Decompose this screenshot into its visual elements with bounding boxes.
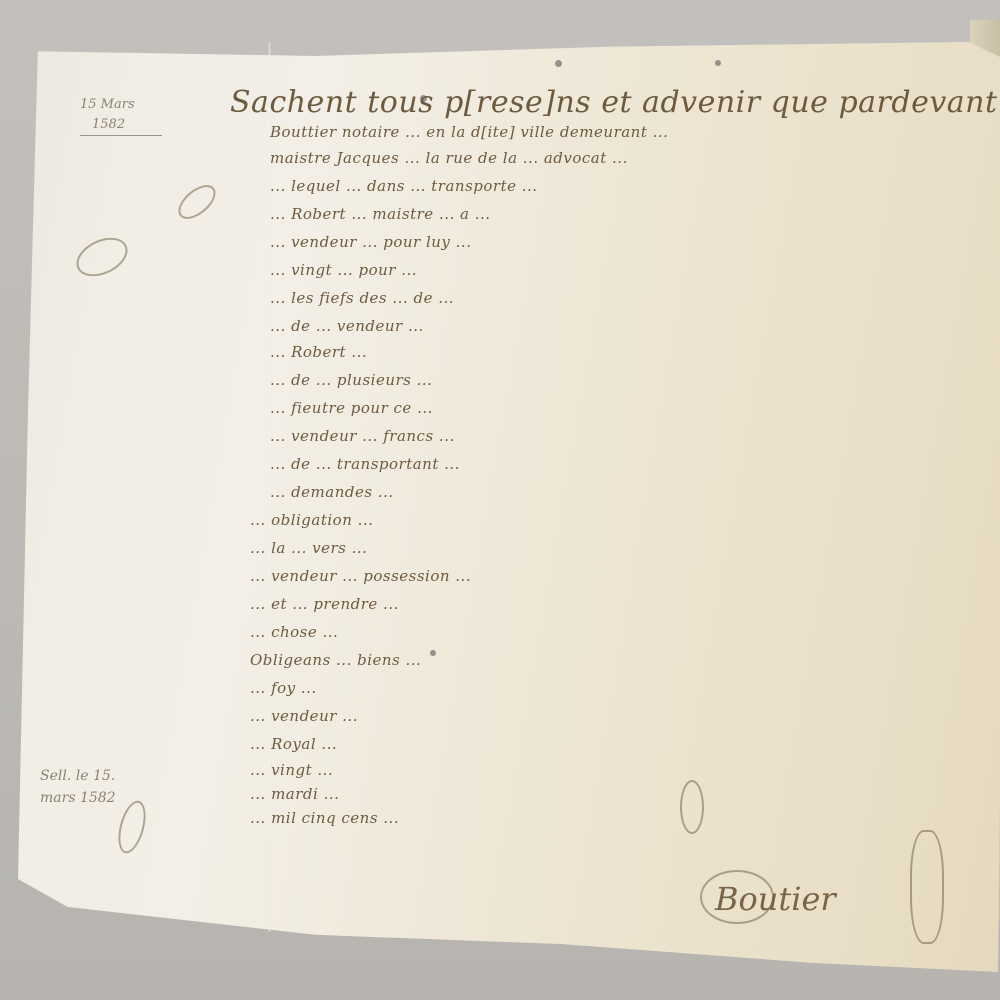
text-line: Sachent tous p[rese]ns et advenir que pa… xyxy=(230,85,1000,120)
text-line: ... vendeur ... pour luy ... xyxy=(270,233,471,251)
text-line: ... lequel ... dans ... transporte ... xyxy=(270,177,538,195)
text-line: ... obligation ... xyxy=(250,511,373,529)
text-line: ... mardi ... xyxy=(250,785,339,803)
text-line: ... la ... vers ... xyxy=(250,539,367,557)
text-line: ... et ... prendre ... xyxy=(250,595,399,613)
text-line: ... vendeur ... xyxy=(250,707,358,725)
text-line: ... demandes ... xyxy=(270,483,394,501)
text-line: Bouttier notaire ... en la d[ite] ville … xyxy=(270,123,668,141)
margin-date-top: 15 Mars 1582 xyxy=(80,95,162,136)
text-line: Obligeans ... biens ... xyxy=(250,651,421,669)
margin-date-line: 15 Mars xyxy=(80,95,162,115)
paraph-mark xyxy=(680,780,704,834)
margin-year-line: 1582 xyxy=(80,115,162,136)
text-line: ... vendeur ... possession ... xyxy=(250,567,471,585)
text-line: ... fieutre pour ce ... xyxy=(270,399,433,417)
manuscript-text: Sachent tous p[rese]ns et advenir que pa… xyxy=(230,85,1000,815)
ink-spot xyxy=(715,60,721,66)
margin-note-line: Sell. le 15. xyxy=(40,765,116,787)
text-line: maistre Jacques ... la rue de la ... adv… xyxy=(270,149,628,167)
text-line: ... chose ... xyxy=(250,623,338,641)
text-line: ... Robert ... xyxy=(270,343,367,361)
ink-spot xyxy=(555,60,562,67)
text-line: ... vendeur ... francs ... xyxy=(270,427,455,445)
text-line: ... de ... transportant ... xyxy=(270,455,460,473)
margin-note-bottom: Sell. le 15. mars 1582 xyxy=(40,765,116,809)
text-line: ... Robert ... maistre ... a ... xyxy=(270,205,491,223)
text-line: ... Royal ... xyxy=(250,735,337,753)
text-line: ... vingt ... pour ... xyxy=(270,261,417,279)
text-line: ... de ... vendeur ... xyxy=(270,317,424,335)
text-line: ... vingt ... xyxy=(250,761,333,779)
text-line: ... de ... plusieurs ... xyxy=(270,371,432,389)
paraph-mark xyxy=(910,830,944,944)
signature-flourish xyxy=(700,870,774,924)
text-line: ... les fiefs des ... de ... xyxy=(270,289,454,307)
margin-note-line: mars 1582 xyxy=(40,787,116,809)
text-line: ... foy ... xyxy=(250,679,317,697)
text-line: ... mil cinq cens ... xyxy=(250,809,399,827)
